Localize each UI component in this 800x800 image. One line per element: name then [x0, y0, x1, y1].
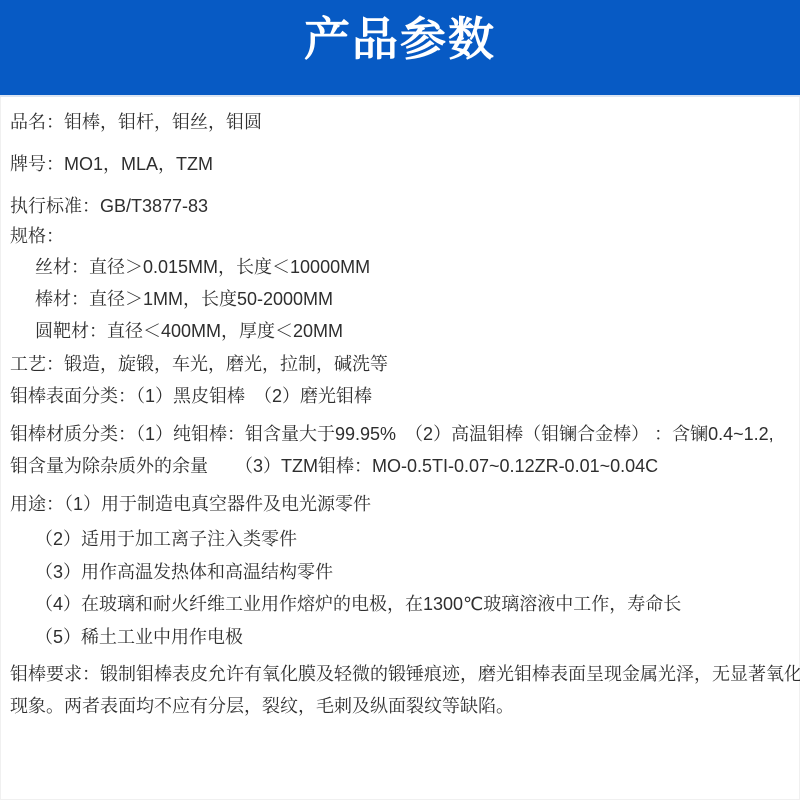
- page-title: 产品参数: [304, 16, 496, 62]
- parameters-text: 品名：钼棒，钼杆，钼丝，钼圆牌号：MO1，MLA，TZM执行标准：GB/T387…: [0, 97, 800, 722]
- param-line: 执行标准：GB/T3877-83: [10, 190, 800, 222]
- param-line: 牌号：MO1，MLA，TZM: [10, 148, 800, 180]
- param-line: （5）稀土工业中用作电极: [10, 621, 800, 653]
- param-line: 丝材：直径＞0.015MM，长度＜10000MM: [10, 251, 800, 283]
- param-line: 现象。两者表面均不应有分层，裂纹，毛刺及纵面裂纹等缺陷。: [10, 690, 800, 722]
- banner: 产品参数: [0, 0, 800, 97]
- param-line: 钼含量为除杂质外的余量 （3）TZM钼棒：MO-0.5TI-0.07~0.12Z…: [10, 450, 800, 482]
- param-line: 钼棒表面分类：（1）黑皮钼棒 （2）磨光钼棒: [10, 380, 800, 412]
- param-line: 用途：（1）用于制造电真空器件及电光源零件: [10, 488, 800, 520]
- param-line: 钼棒材质分类：（1）纯钼棒：钼含量大于99.95% （2）高温钼棒（钼镧合金棒）…: [10, 418, 800, 450]
- param-line: 规格：: [10, 220, 800, 252]
- param-line: 棒材：直径＞1MM，长度50-2000MM: [10, 283, 800, 315]
- param-line: （4）在玻璃和耐火纤维工业用作熔炉的电极，在1300℃玻璃溶液中工作，寿命长: [10, 588, 800, 620]
- param-line: 品名：钼棒，钼杆，钼丝，钼圆: [10, 106, 800, 138]
- product-parameters-panel: 产品参数 品名：钼棒，钼杆，钼丝，钼圆牌号：MO1，MLA，TZM执行标准：GB…: [0, 0, 800, 800]
- param-line: 圆靶材：直径＜400MM，厚度＜20MM: [10, 315, 800, 347]
- param-line: 工艺：锻造，旋锻，车光，磨光，拉制，碱洗等: [10, 348, 800, 380]
- param-line: 钼棒要求：锻制钼棒表皮允许有氧化膜及轻微的锻锤痕迹，磨光钼棒表面呈现金属光泽，无…: [10, 658, 800, 690]
- param-line: （2）适用于加工离子注入类零件: [10, 523, 800, 555]
- param-line: （3）用作高温发热体和高温结构零件: [10, 556, 800, 588]
